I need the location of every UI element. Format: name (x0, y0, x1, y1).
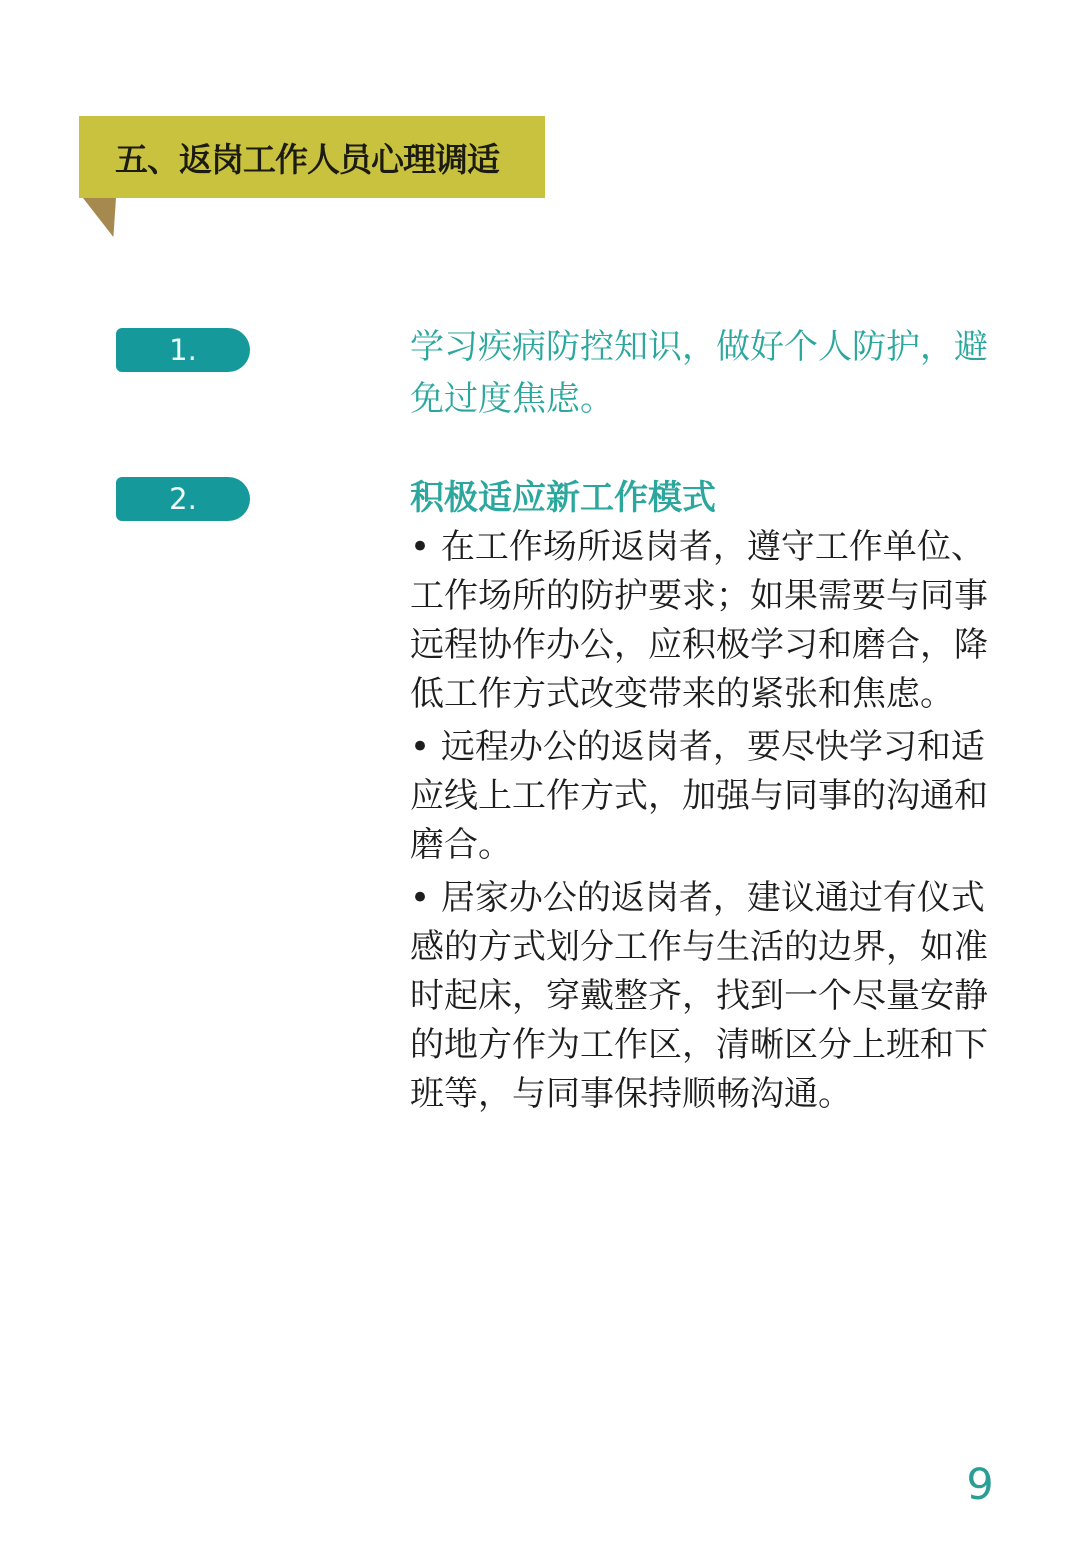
bullet-point: • 远程办公的返岗者，要尽快学习和适 应线上工作方式，加强与同事的沟通和 磨合。 (410, 723, 988, 870)
item-number-badge-2: 2. (116, 477, 250, 521)
bullet-line: 班等，与同事保持顺畅沟通。 (410, 1070, 988, 1119)
bullet-line: 工作场所的防护要求；如果需要与同事 (410, 572, 988, 621)
item-2-bullet-list: • 在工作场所返岗者，遵守工作单位、 工作场所的防护要求；如果需要与同事 远程协… (410, 523, 988, 1123)
item-1-text-line: 学习疾病防控知识，做好个人防护，避 (410, 321, 988, 373)
section-title: 五、返岗工作人员心理调适 (79, 134, 499, 181)
item-1-text: 学习疾病防控知识，做好个人防护，避 免过度焦虑。 (410, 321, 988, 425)
bullet-line: 应线上工作方式，加强与同事的沟通和 (410, 772, 988, 821)
bullet-line: 远程协作办公，应积极学习和磨合，降 (410, 621, 988, 670)
bullet-line: 磨合。 (410, 821, 988, 870)
item-number-badge-1: 1. (116, 328, 250, 372)
item-1-number: 1. (169, 333, 197, 367)
bullet-line: 的地方作为工作区，清晰区分上班和下 (410, 1021, 988, 1070)
item-2-heading: 积极适应新工作模式 (410, 474, 716, 522)
item-1-text-line: 免过度焦虑。 (410, 373, 988, 425)
section-header-banner: 五、返岗工作人员心理调适 (79, 116, 545, 198)
bullet-line: 感的方式划分工作与生活的边界，如准 (410, 923, 988, 972)
banner-fold-icon (83, 198, 116, 237)
bullet-line: 低工作方式改变带来的紧张和焦虑。 (410, 670, 988, 719)
bullet-point: • 在工作场所返岗者，遵守工作单位、 工作场所的防护要求；如果需要与同事 远程协… (410, 523, 988, 719)
bullet-line: 时起床，穿戴整齐，找到一个尽量安静 (410, 972, 988, 1021)
item-2-number: 2. (169, 482, 197, 516)
bullet-point: • 居家办公的返岗者，建议通过有仪式 感的方式划分工作与生活的边界，如准 时起床… (410, 874, 988, 1119)
bullet-line: • 在工作场所返岗者，遵守工作单位、 (410, 523, 988, 572)
bullet-line: • 居家办公的返岗者，建议通过有仪式 (410, 874, 988, 923)
page-number: 9 (956, 1460, 1004, 1510)
document-page: { "header": { "title": "五、返岗工作人员心理调适" },… (0, 0, 1080, 1566)
bullet-line: • 远程办公的返岗者，要尽快学习和适 (410, 723, 988, 772)
